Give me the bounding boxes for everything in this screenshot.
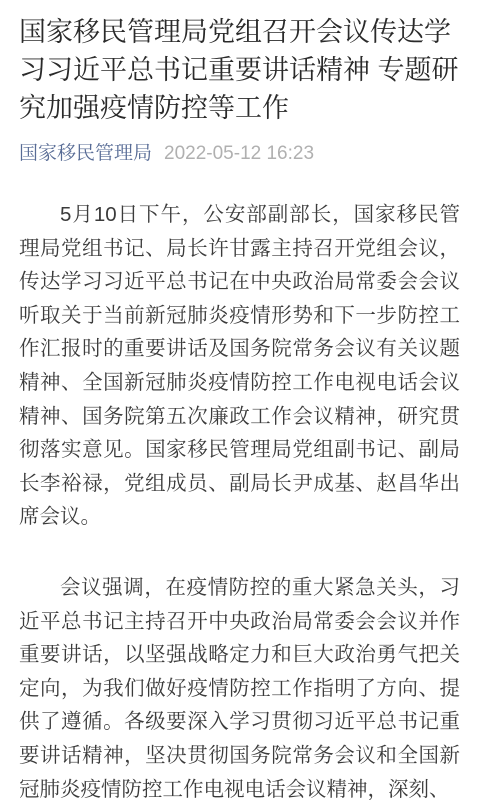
page-title: 国家移民管理局党组召开会议传达学习习近平总书记重要讲话精神 专题研究加强疫情防控… [19, 13, 460, 127]
article-paragraph: 5月10日下午，公安部副部长，国家移民管理局党组书记、局长许甘露主持召开党组会议… [19, 198, 460, 534]
article-meta-row: 国家移民管理局 2022-05-12 16:23 [19, 141, 460, 167]
article-body: 5月10日下午，公安部副部长，国家移民管理局党组书记、局长许甘露主持召开党组会议… [19, 198, 460, 800]
article-page: 国家移民管理局党组召开会议传达学习习近平总书记重要讲话精神 专题研究加强疫情防控… [0, 0, 479, 800]
article-paragraph: 会议强调，在疫情防控的重大紧急关头，习近平总书记主持召开中央政治局常委会会议并作… [19, 571, 460, 800]
publish-timestamp: 2022-05-12 16:23 [164, 141, 314, 167]
article-source-link[interactable]: 国家移民管理局 [19, 141, 152, 167]
